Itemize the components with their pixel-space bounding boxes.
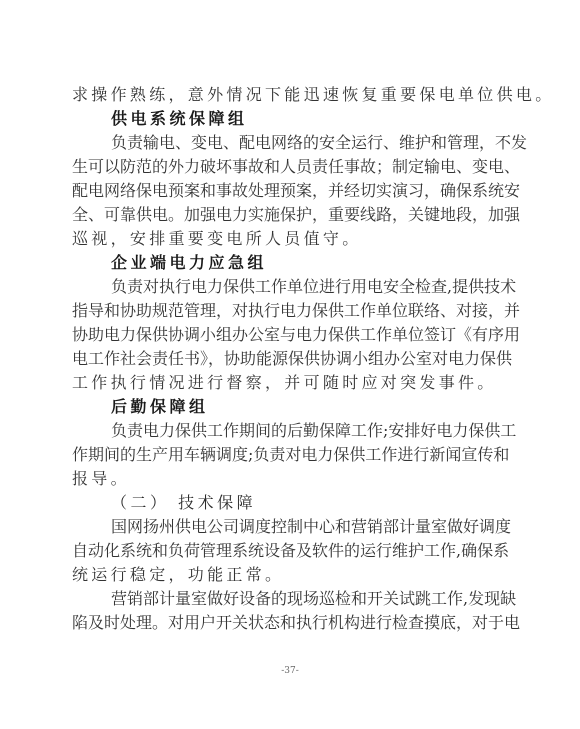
section-heading-logistics-group: 后勤保障组 — [72, 395, 504, 419]
body-line: 自动化系统和负荷管理系统设备及软件的运行维护工作,确保系 — [72, 539, 504, 563]
body-line: 统运行稳定，功能正常。 — [72, 563, 504, 587]
body-line: 求操作熟练，意外情况下能迅速恢复重要保电单位供电。 — [72, 83, 504, 107]
body-line: 负责电力保供工作期间的后勤保障工作;安排好电力保供工 — [72, 419, 504, 443]
body-line: 配电网络保电预案和事故处理预案，并经切实演习，确保系统安 — [72, 179, 504, 203]
section-heading-enterprise-emergency-group: 企业端电力应急组 — [72, 251, 504, 275]
section-heading-technical-support: （二） 技术保障 — [72, 491, 504, 515]
body-line: 全、可靠供电。加强电力实施保护，重要线路，关键地段，加强 — [72, 203, 504, 227]
document-page: 求操作熟练，意外情况下能迅速恢复重要保电单位供电。 供电系统保障组 负责输电、变… — [72, 83, 504, 635]
body-line: 负责输电、变电、配电网络的安全运行、维护和管理，不发 — [72, 131, 504, 155]
body-line: 工作执行情况进行督察，并可随时应对突发事件。 — [72, 371, 504, 395]
section-heading-power-supply-group: 供电系统保障组 — [72, 107, 504, 131]
body-line: 陷及时处理。对用户开关状态和执行机构进行检查摸底，对于电 — [72, 611, 504, 635]
body-line: 负责对执行电力保供工作单位进行用电安全检查,提供技术 — [72, 275, 504, 299]
body-line: 生可以防范的外力破坏事故和人员责任事故；制定输电、变电、 — [72, 155, 504, 179]
page-number: -37- — [0, 666, 580, 676]
body-line: 电工作社会责任书》，协助能源保供协调小组办公室对电力保供 — [72, 347, 504, 371]
body-line: 国网扬州供电公司调度控制中心和营销部计量室做好调度 — [72, 515, 504, 539]
body-line: 报导。 — [72, 467, 504, 491]
body-line: 营销部计量室做好设备的现场巡检和开关试跳工作,发现缺 — [72, 587, 504, 611]
body-line: 指导和协助规范管理，对执行电力保供工作单位联络、对接，并 — [72, 299, 504, 323]
body-line: 巡视，安排重要变电所人员值守。 — [72, 227, 504, 251]
body-line: 协助电力保供协调小组办公室与电力保供工作单位签订《有序用 — [72, 323, 504, 347]
body-line: 作期间的生产用车辆调度;负责对电力保供工作进行新闻宣传和 — [72, 443, 504, 467]
